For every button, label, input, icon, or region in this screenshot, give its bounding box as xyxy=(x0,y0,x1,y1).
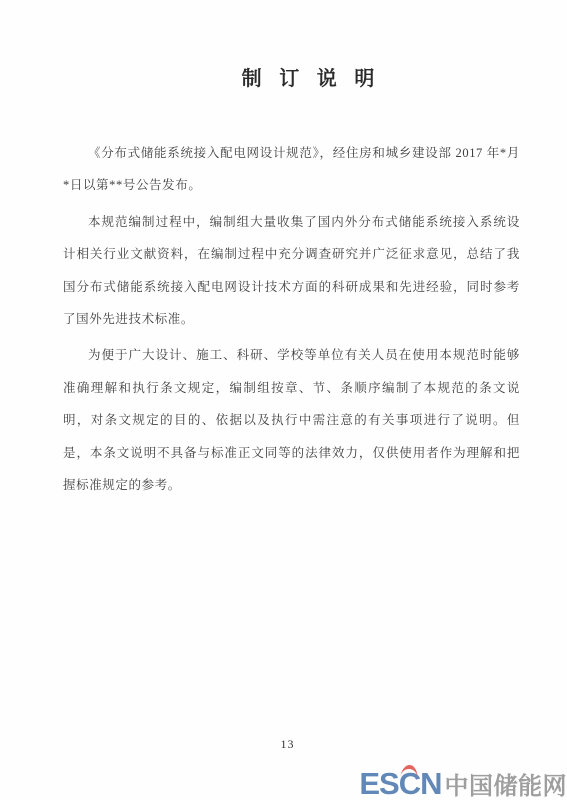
escn-site-name: 中国储能网 xyxy=(445,775,567,799)
paragraph-usage-note: 为便于广大设计、施工、科研、学校等单位有关人员在使用本规范时能够准确理解和执行条… xyxy=(63,339,520,501)
escn-watermark-logo: ESCN 中国储能网 xyxy=(359,768,567,799)
paragraph-drafting-process: 本规范编制过程中，编制组大量收集了国内外分布式储能系统接入系统设计相关行业文献资… xyxy=(63,206,520,336)
page-number: 13 xyxy=(0,737,567,752)
body-text: 《分布式储能系统接入配电网设计规范》，经住房和城乡建设部 2017 年*月*日以… xyxy=(63,137,520,501)
paragraph-publication-notice: 《分布式储能系统接入配电网设计规范》，经住房和城乡建设部 2017 年*月*日以… xyxy=(63,137,520,202)
document-page: 制 订 说 明 《分布式储能系统接入配电网设计规范》，经住房和城乡建设部 201… xyxy=(0,0,567,800)
page-title: 制 订 说 明 xyxy=(0,62,567,91)
